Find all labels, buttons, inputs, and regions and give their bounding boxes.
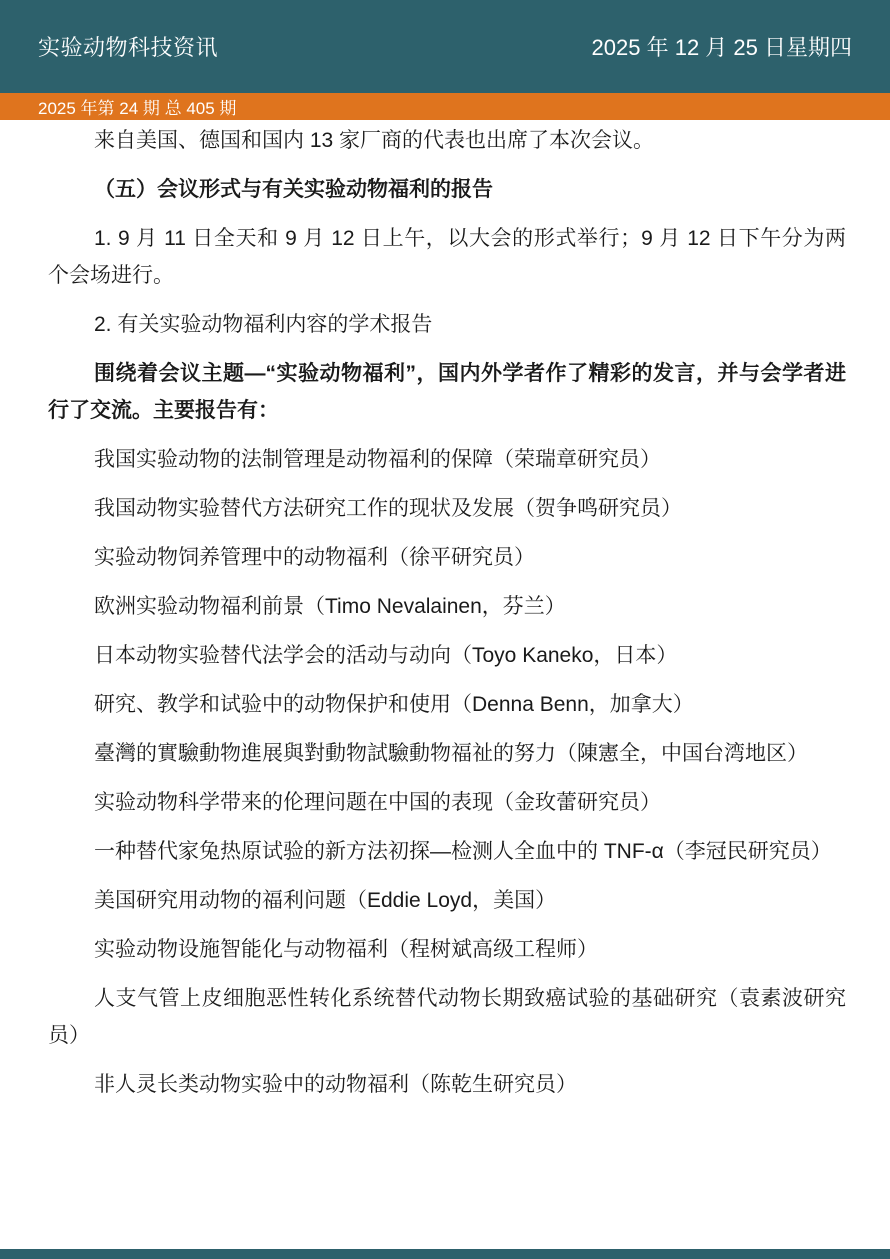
paragraph: 研究、教学和试验中的动物保护和使用（Denna Benn，加拿大） [48,686,846,723]
paragraph: 我国实验动物的法制管理是动物福利的保障（荣瑞章研究员） [48,441,846,478]
paragraph: 一种替代家兔热原试验的新方法初探—检测人全血中的 TNF-α（李冠民研究员） [48,833,846,870]
paragraph: 日本动物实验替代法学会的活动与动向（Toyo Kaneko，日本） [48,637,846,674]
header-date: 2025 年 12 月 25 日星期四 [592,31,852,62]
footer-bar [0,1249,890,1259]
paragraph: 实验动物科学带来的伦理问题在中国的表现（金玫蕾研究员） [48,784,846,821]
issue-number-label: 2025 年第 24 期 总 405 期 [38,94,236,119]
paragraph: 欧洲实验动物福利前景（Timo Nevalainen，芬兰） [48,588,846,625]
paragraph: 我国动物实验替代方法研究工作的现状及发展（贺争鸣研究员） [48,490,846,527]
newsletter-page: 实验动物科技资讯 2025 年 12 月 25 日星期四 2025 年第 24 … [0,0,890,1259]
paragraph: 非人灵长类动物实验中的动物福利（陈乾生研究员） [48,1066,846,1103]
paragraph: 美国研究用动物的福利问题（Eddie Loyd，美国） [48,882,846,919]
paragraph: 1. 9 月 11 日全天和 9 月 12 日上午，以大会的形式举行；9 月 1… [48,220,846,294]
paragraph: 臺灣的實驗動物進展與對動物試驗動物福祉的努力（陳憲全，中国台湾地区） [48,735,846,772]
paragraph-bold: （五）会议形式与有关实验动物福利的报告 [48,171,846,208]
issue-bar: 2025 年第 24 期 总 405 期 [0,93,890,120]
newsletter-title: 实验动物科技资讯 [38,31,218,62]
paragraph: 人支气管上皮细胞恶性转化系统替代动物长期致癌试验的基础研究（袁素波研究员） [48,980,846,1054]
paragraph: 实验动物饲养管理中的动物福利（徐平研究员） [48,539,846,576]
paragraph-bold: 围绕着会议主题—“实验动物福利”，国内外学者作了精彩的发言，并与会学者进行了交流… [48,355,846,429]
page-header: 实验动物科技资讯 2025 年 12 月 25 日星期四 [0,0,890,93]
paragraph: 实验动物设施智能化与动物福利（程树斌高级工程师） [48,931,846,968]
document-body: 来自美国、德国和国内 13 家厂商的代表也出席了本次会议。（五）会议形式与有关实… [0,120,890,1103]
paragraph: 来自美国、德国和国内 13 家厂商的代表也出席了本次会议。 [48,122,846,159]
paragraph: 2. 有关实验动物福利内容的学术报告 [48,306,846,343]
